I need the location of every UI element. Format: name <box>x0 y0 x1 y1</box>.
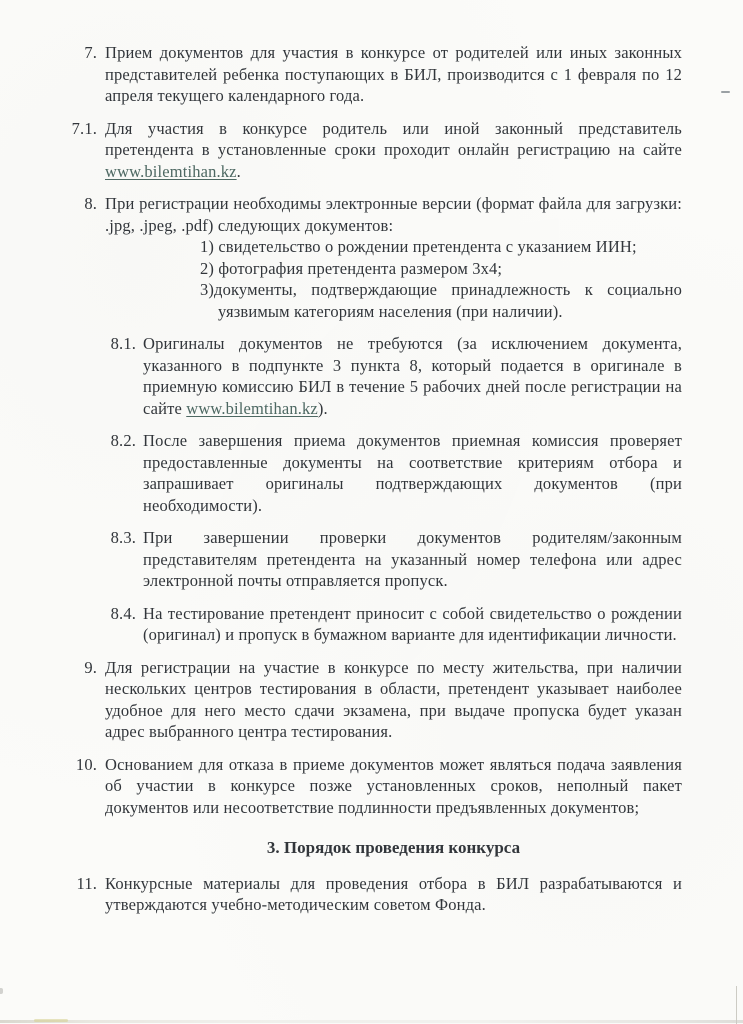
item-number: 7.1. <box>0 118 97 140</box>
scan-speck-artifact <box>34 1019 68 1022</box>
section-heading: 3. Порядок проведения конкурса <box>105 837 682 859</box>
list-item-8-3: 8.3. При завершении проверки документов … <box>143 527 682 592</box>
item-number: 11. <box>0 873 97 895</box>
margin-dash-artifact <box>721 91 730 93</box>
scan-bottom-edge-shadow <box>0 1020 743 1023</box>
document-sublist: 1) свидетельство о рождении претендента … <box>200 236 682 322</box>
item-text: Конкурсные материалы для проведения отбо… <box>105 874 682 915</box>
item-text-after-link: . <box>237 162 241 181</box>
list-item-7-1: 7.1. Для участия в конкурсе родитель или… <box>105 118 682 183</box>
list-item-11: 11. Конкурсные материалы для проведения … <box>105 873 682 916</box>
item-number: 8.1. <box>0 333 136 355</box>
list-item-7: 7. Прием документов для участия в конкур… <box>105 42 682 107</box>
item-text: Для регистрации на участие в конкурсе по… <box>105 658 682 742</box>
sublist-item-1: 1) свидетельство о рождении претендента … <box>200 236 682 258</box>
item-text: Прием документов для участия в конкурсе … <box>105 43 682 105</box>
item-number: 8.4. <box>0 603 136 625</box>
list-item-8-1: 8.1. Оригиналы документов не требуются (… <box>143 333 682 419</box>
item-text: Оригиналы документов не требуются (за ис… <box>143 334 682 418</box>
item-text-after-link: ). <box>318 399 328 418</box>
document-content: 7. Прием документов для участия в конкур… <box>0 42 743 927</box>
list-item-8-2: 8.2. После завершения приема документов … <box>143 430 682 516</box>
item-number: 7. <box>0 42 97 64</box>
item-text: Для участия в конкурсе родитель или иной… <box>105 119 682 181</box>
item-text: После завершения приема документов прием… <box>143 431 682 515</box>
scanned-document-page: 7. Прием документов для участия в конкур… <box>0 0 743 1024</box>
item-text: Основанием для отказа в приеме документо… <box>105 755 682 817</box>
item-number: 10. <box>0 754 97 776</box>
item-number: 9. <box>0 657 97 679</box>
item-text: При регистрации необходимы электронные в… <box>105 194 682 235</box>
list-item-8-4: 8.4. На тестирование претендент приносит… <box>143 603 682 646</box>
bilemtihan-link[interactable]: www.bilemtihan.kz <box>186 399 318 418</box>
item-number: 8.3. <box>0 527 136 549</box>
sublist-item-2: 2) фотография претендента размером 3х4; <box>200 258 682 280</box>
item-text-before-link: Для участия в конкурсе родитель или иной… <box>105 119 682 160</box>
item-text: При завершении проверки документов родит… <box>143 528 682 590</box>
item-number: 8. <box>0 193 97 215</box>
scan-right-edge-line <box>736 986 737 1024</box>
sublist-item-3: 3)документы, подтверждающие принадлежнос… <box>200 279 682 322</box>
scan-left-edge-mark <box>0 988 3 994</box>
bilemtihan-link[interactable]: www.bilemtihan.kz <box>105 162 237 181</box>
list-item-10: 10. Основанием для отказа в приеме докум… <box>105 754 682 819</box>
list-item-9: 9. Для регистрации на участие в конкурсе… <box>105 657 682 743</box>
item-number: 8.2. <box>0 430 136 452</box>
list-item-8: 8. При регистрации необходимы электронны… <box>105 193 682 322</box>
item-text: На тестирование претендент приносит с со… <box>143 604 682 645</box>
